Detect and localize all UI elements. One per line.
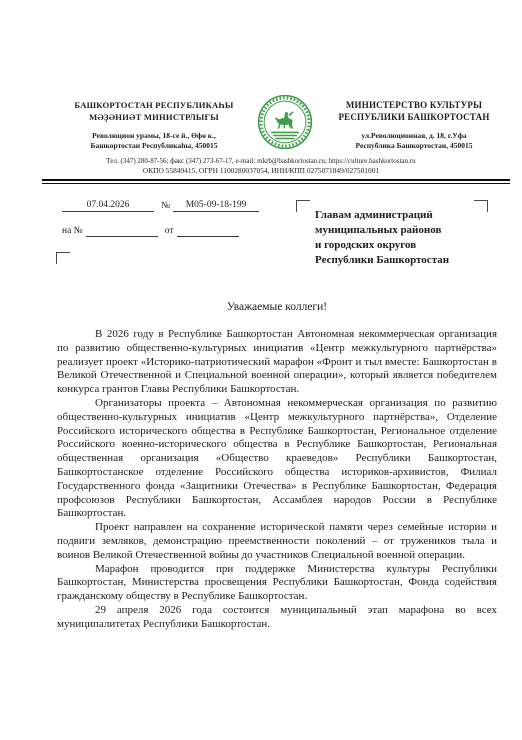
reply-date-blank bbox=[177, 223, 239, 237]
body-paragraph: 29 апреля 2026 года состоится муниципаль… bbox=[57, 604, 497, 632]
left-org-name: БАШКОРТОСТАН РЕСПУБЛИКАҺЫ МӘҘӘНИӘТ МИНИС… bbox=[52, 100, 256, 123]
coat-of-arms-icon bbox=[256, 93, 314, 151]
body-paragraph: Организаторы проекта – Автономная некомм… bbox=[57, 397, 497, 521]
left-org-address-line2: Башкортостан Республикаһы, 450015 bbox=[52, 141, 256, 151]
right-org-address-line1: ул.Революционная, д. 18, г.Уфа bbox=[318, 131, 510, 141]
addressee-line: Главам администраций bbox=[315, 208, 488, 223]
reference-reply-row: на № от bbox=[62, 223, 262, 237]
addressee-line: и городских округов bbox=[315, 238, 488, 253]
contact-line: Тел. (347) 280-87-56; факс (347) 273-67-… bbox=[26, 157, 496, 166]
addressee-line: муниципальных районов bbox=[315, 223, 488, 238]
reference-date-row: 07.04.2026 № М05-09-18-199 bbox=[62, 200, 262, 212]
body-paragraph: Проект направлен на сохранение историчес… bbox=[57, 521, 497, 562]
salutation: Уважаемые коллеги! bbox=[57, 301, 497, 313]
header-divider bbox=[42, 179, 510, 184]
addressee-text: Главам администраций муниципальных район… bbox=[315, 208, 488, 268]
letter-body: В 2026 году в Республике Башкортостан Ав… bbox=[57, 328, 497, 632]
left-org-name-line2: МӘҘӘНИӘТ МИНИСТРЛЫҒЫ bbox=[52, 112, 256, 124]
date-field: 07.04.2026 bbox=[62, 200, 154, 212]
left-org-address: Революцион урамы, 18-се й., Өфө к., Башк… bbox=[52, 131, 256, 150]
addressee-block: Главам администраций муниципальных район… bbox=[296, 200, 488, 268]
right-org-address-line2: Республика Башкортостан, 450015 bbox=[318, 141, 510, 151]
body-paragraph: В 2026 году в Республике Башкортостан Ав… bbox=[57, 328, 497, 397]
corner-mark-addressee-right bbox=[474, 200, 488, 212]
body-paragraph: Марафон проводится при поддержке Министе… bbox=[57, 563, 497, 604]
right-org-address: ул.Революционная, д. 18, г.Уфа Республик… bbox=[318, 131, 510, 150]
right-org-name: МИНИСТЕРСТВО КУЛЬТУРЫ РЕСПУБЛИКИ БАШКОРТ… bbox=[318, 100, 510, 123]
right-org-name-line2: РЕСПУБЛИКИ БАШКОРТОСТАН bbox=[318, 112, 510, 124]
corner-mark-addressee-left bbox=[296, 200, 310, 212]
right-org-name-line1: МИНИСТЕРСТВО КУЛЬТУРЫ bbox=[318, 100, 510, 112]
reply-from-label: от bbox=[165, 226, 177, 237]
number-sign: № bbox=[161, 201, 173, 212]
requisites-line: ОКПО 55849415, ОГРН 1100280037054, ИНН/К… bbox=[26, 166, 496, 176]
letter-page: БАШКОРТОСТАН РЕСПУБЛИКАҺЫ МӘҘӘНИӘТ МИНИС… bbox=[0, 0, 522, 740]
reply-to-label: на № bbox=[62, 226, 86, 237]
left-org-address-line1: Революцион урамы, 18-се й., Өфө к., bbox=[52, 131, 256, 141]
corner-mark-left-field bbox=[56, 252, 70, 264]
left-org-name-line1: БАШКОРТОСТАН РЕСПУБЛИКАҺЫ bbox=[52, 100, 256, 112]
addressee-line: Республики Башкортостан bbox=[315, 253, 488, 268]
outgoing-number-field: М05-09-18-199 bbox=[173, 200, 259, 212]
reply-number-blank bbox=[86, 223, 158, 237]
